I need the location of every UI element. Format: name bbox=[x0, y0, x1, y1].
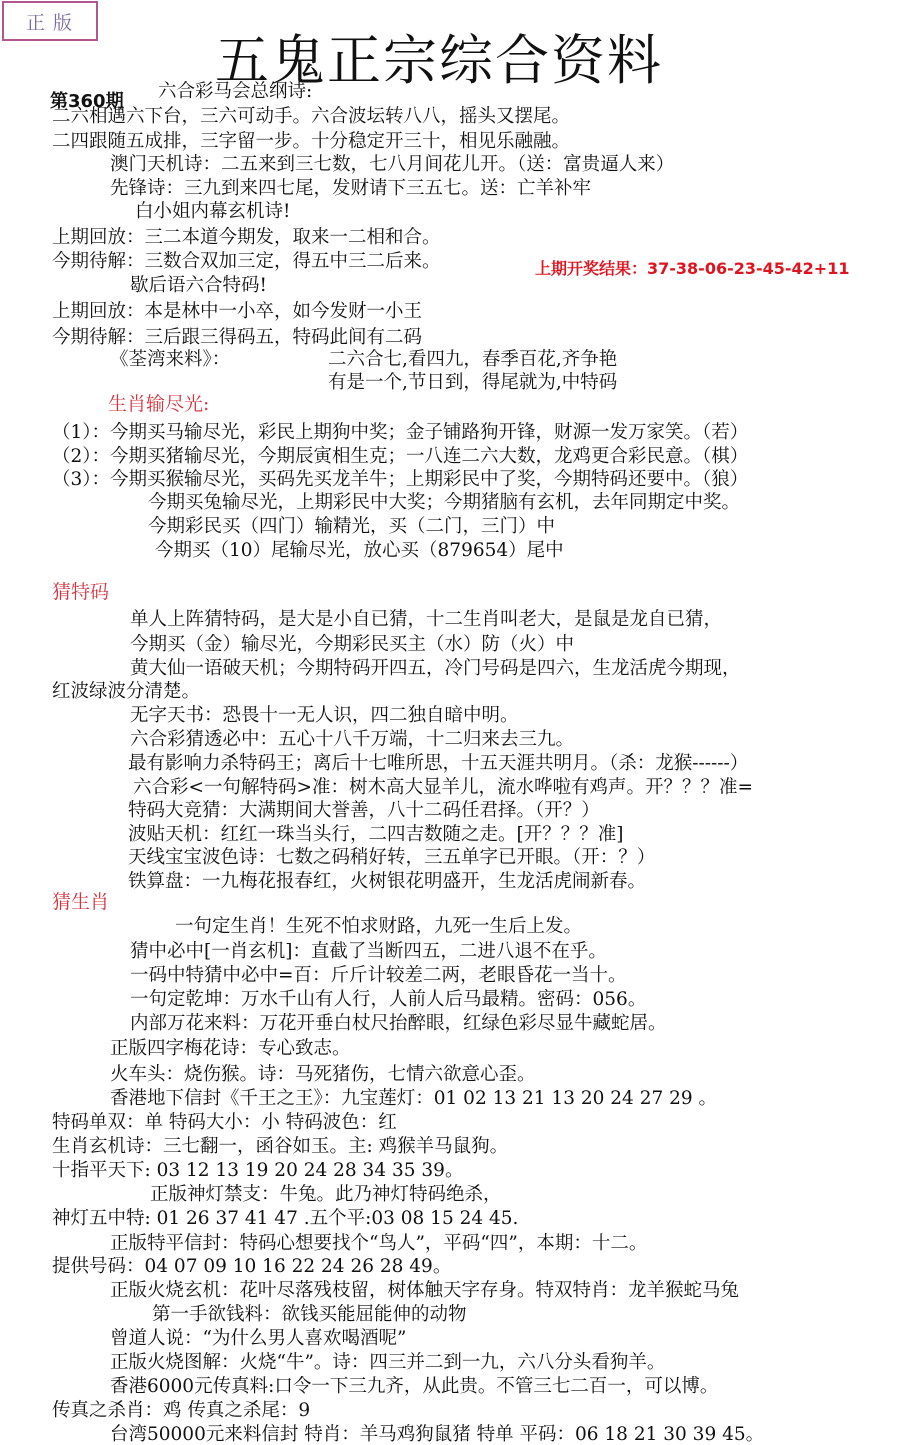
text-line: 铁算盘：一九梅花报春红，火树银花明盛开，生龙活虎闹新春。 bbox=[128, 871, 646, 893]
text-line: 火车头：烧伤猴。诗：马死猪伤，七情六欲意心歪。 bbox=[110, 1064, 536, 1086]
text-line: 波贴天机：红红一珠当头行，二四吉数随之走。[开？？？准] bbox=[128, 824, 623, 846]
text-line: 香港6000元传真料:口令一下三九齐，从此贵。不管三七二百一，可以博。 bbox=[110, 1376, 718, 1398]
text-line: 今期彩民买（四门）输精光，买（二门，三门）中 bbox=[148, 516, 555, 538]
text-line: 传真之杀肖：鸡 传真之杀尾：9 bbox=[52, 1400, 310, 1422]
text-line: 正版特平信封：特码心想要找个“鸟人”，平码“四”，本期：十二。 bbox=[110, 1233, 647, 1255]
genuine-badge: 正版 bbox=[2, 1, 98, 41]
text-line: 提供号码：04 07 09 10 16 22 24 26 28 49。 bbox=[52, 1256, 451, 1278]
text-line: 正版火烧图解：火烧“牛”。诗：四三并二到一九，六八分头看狗羊。 bbox=[110, 1352, 665, 1374]
text-line: 单人上阵猜特码，是大是小自已猜，十二生肖叫老大，是鼠是龙自已猜， bbox=[130, 609, 722, 631]
text-line: （1）：今期买马输尽光，彩民上期狗中奖；金子铺路狗开锋，财源一发万家笑。（若） bbox=[52, 422, 748, 444]
text-line: 先锋诗：三九到来四七尾，发财请下三五七。送：亡羊补牢 bbox=[110, 178, 591, 200]
text-line: 一句定生肖！生死不怕求财路，九死一生后上发。 bbox=[175, 916, 582, 938]
text-line: 香港地下信封《千王之王》：九宝莲灯：01 02 13 21 13 20 24 2… bbox=[110, 1088, 717, 1110]
section-heading: 生肖输尽光: bbox=[108, 389, 209, 416]
text-line: 十指平天下: 03 12 13 19 20 24 28 34 35 39。 bbox=[52, 1160, 463, 1182]
text-line: 台湾50000元来料信封 特肖：羊马鸡狗鼠猪 特单 平码：06 18 21 30… bbox=[110, 1424, 764, 1445]
text-line: 六合彩马会总纲诗: bbox=[158, 81, 312, 103]
text-line: 今期买兔输尽光，上期彩民中大奖；今期猪脑有玄机，去年同期定中奖。 bbox=[148, 492, 740, 514]
text-line: 澳门天机诗：二五来到三七数，七八月间花儿开。（送：富贵逼人来） bbox=[110, 154, 674, 176]
text-line: 曾道人说：“为什么男人喜欢喝酒呢” bbox=[110, 1328, 406, 1350]
last-draw-result: 上期开奖结果：37-38-06-23-45-42+11 bbox=[535, 256, 849, 279]
text-line: 红波绿波分清楚。 bbox=[52, 681, 200, 703]
text-line: 正版四字梅花诗：专心致志。 bbox=[110, 1038, 351, 1060]
text-line: 一句定乾坤：万水千山有人行，人前人后马最精。密码：056。 bbox=[130, 989, 646, 1011]
text-line: 上期回放：本是林中一小卒，如今发财一小王 bbox=[52, 301, 422, 323]
text-line: 第一手欲钱料：欲钱买能屈能伸的动物 bbox=[152, 1304, 467, 1326]
text-line: 《荃湾来料》： bbox=[110, 349, 230, 371]
text-line: 猜中必中[一肖玄机]：直截了当断四五，二进八退不在乎。 bbox=[130, 941, 607, 963]
section-heading: 猜生肖 bbox=[52, 887, 109, 914]
section-heading: 猜特码 bbox=[52, 577, 109, 604]
text-line: 天线宝宝波色诗：七数之码稍好转，三五单字已开眼。（开：？） bbox=[128, 847, 655, 869]
text-line: 神灯五中特: 01 26 37 41 47 .五个平:03 08 15 24 4… bbox=[52, 1208, 518, 1230]
text-line: 二六相遇六下台，三六可动手。六合波坛转八八，摇头又摆尾。 bbox=[52, 106, 570, 128]
text-line: 特码大竞猜：大满期间大誉善，八十二码任君择。（开？） bbox=[128, 800, 600, 822]
text-line: 最有影响力杀特码王；离后十七唯所思，十五天涯共明月。（杀：龙猴------） bbox=[128, 753, 748, 775]
text-line: 六合彩猜透必中：五心十八千万端，十二归来去三九。 bbox=[130, 729, 574, 751]
text-line: 今期买（金）输尽光，今期彩民买主（水）防（火）中 bbox=[130, 634, 574, 656]
text-line: （3）：今期买猴输尽光，买码先买龙羊牛；上期彩民中了奖，今期特码还要中。（狼） bbox=[52, 469, 748, 491]
text-line: 二六合七,看四九，春季百花,齐争艳 bbox=[328, 349, 617, 371]
text-line: 内部万花来料：万花开垂白杖尺抬醉眼，红绿色彩尽显牛藏蛇居。 bbox=[130, 1013, 667, 1035]
text-line: 今期待解：三后跟三得码五，特码此间有二码 bbox=[52, 327, 422, 349]
text-line: 今期待解：三数合双加三定，得五中三二后来。 bbox=[52, 251, 441, 273]
text-line: 无字天书：恐畏十一无人识，四二独自暗中明。 bbox=[130, 705, 519, 727]
text-line: 有是一个,节日到，得尾就为,中特码 bbox=[328, 372, 617, 394]
text-line: （2）：今期买猪输尽光，今期辰寅相生克；一八连二六大数，龙鸡更合彩民意。（棋） bbox=[52, 446, 748, 468]
text-line: 上期回放：三二本道今期发，取来一二相和合。 bbox=[52, 227, 441, 249]
text-line: 生肖玄机诗：三七翻一，函谷如玉。主: 鸡猴羊马鼠狗。 bbox=[52, 1136, 508, 1158]
text-line: 白小姐内幕玄机诗! bbox=[135, 201, 290, 223]
text-line: 今期买（10）尾输尽光，放心买（879654）尾中 bbox=[155, 540, 564, 562]
text-line: 二四跟随五成排，三字留一步。十分稳定开三十，相见乐融融。 bbox=[52, 131, 570, 153]
text-line: 正版火烧玄机：花叶尽落残枝留，树体触天字存身。特双特肖：龙羊猴蛇马兔 bbox=[110, 1280, 739, 1302]
text-line: 歇后语六合特码! bbox=[130, 275, 267, 297]
text-line: 黄大仙一语破天机；今期特码开四五，冷门号码是四六，生龙活虎今期现， bbox=[130, 658, 741, 680]
text-line: 一码中特猜中必中=百：斤斤计较差二两，老眼昏花一当十。 bbox=[130, 965, 627, 987]
text-line: 正版神灯禁支：牛兔。此乃神灯特码绝杀， bbox=[150, 1184, 502, 1206]
text-line: 特码单双：单 特码大小：小 特码波色：红 bbox=[52, 1112, 397, 1134]
text-line: 六合彩<一句解特码>准：树木高大显羊儿，流水哗啦有鸡声。开？？？准= bbox=[133, 777, 753, 799]
